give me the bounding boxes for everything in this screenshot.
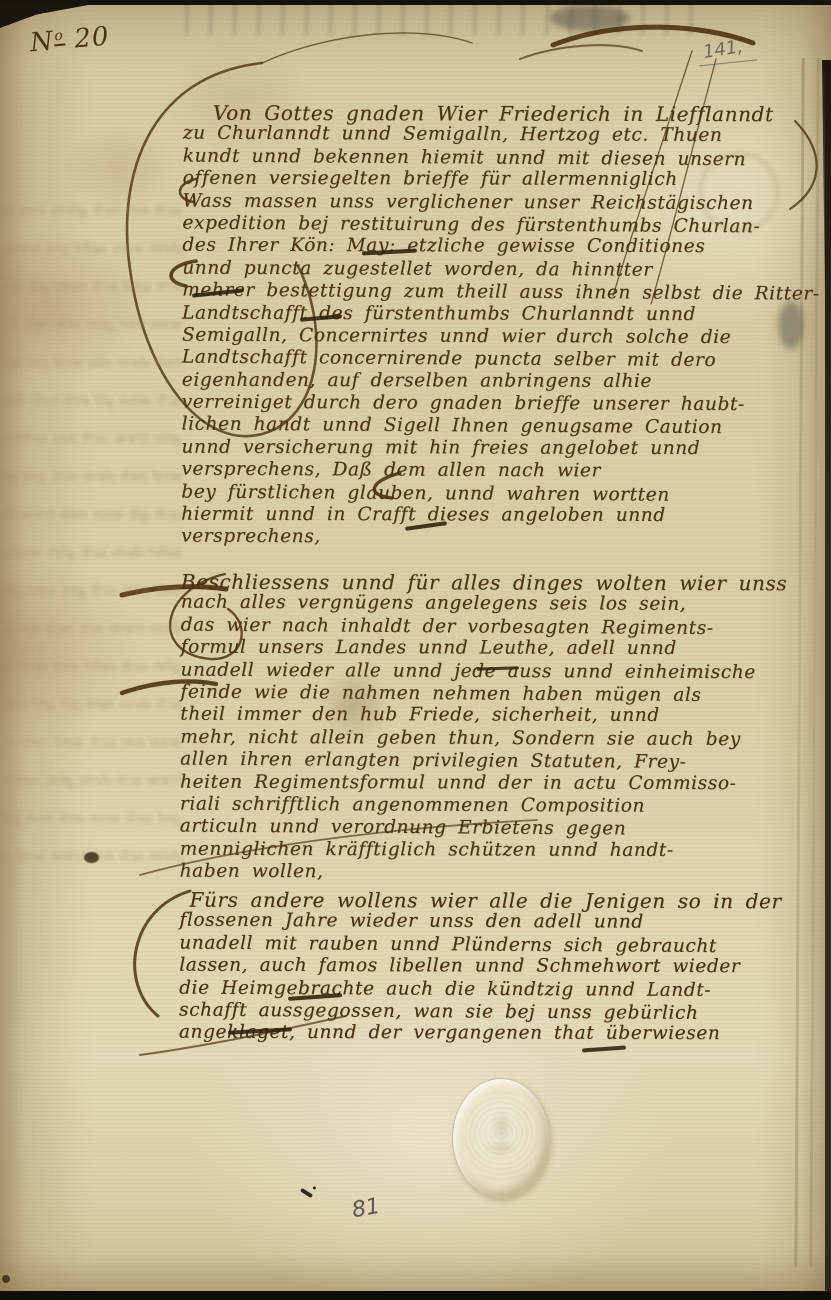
- ink-blot: [84, 852, 99, 863]
- manuscript-line: verreiniget durch dero gnaden brieffe un…: [182, 392, 822, 417]
- bleedthrough-line: dem trew sch neb nm wrd: [4, 609, 182, 647]
- stain-ring: [698, 151, 780, 233]
- bleedthrough-line: wrd neh dem sch gnl ern: [4, 457, 182, 495]
- archive-number-n: N: [29, 26, 55, 58]
- ink-strikethrough: [582, 1045, 626, 1052]
- bleedthrough-line: sch dem neh glt gnl trew: [4, 685, 182, 723]
- manuscript-scan: No 20 141, uch nm neh glem ern studem wn…: [0, 0, 831, 1300]
- bleedthrough-line: uch nm neh glem ern stu: [4, 191, 182, 229]
- paragraph: Fürs andere wollens wier alle die Jenige…: [179, 888, 820, 1048]
- bleedthrough-line: sch wnn glt ern neb dem: [4, 381, 182, 419]
- manuscript-line: nach alles vergnügens angelegens seis lo…: [181, 592, 821, 617]
- bleedthrough-line: glm trew uch nm sehr st: [4, 419, 182, 457]
- manuscript-line: Semigalln, Concernirtes unnd wier durch …: [182, 325, 822, 350]
- manuscript-line: lassen, auch famos libellen unnd Schmehw…: [179, 955, 819, 979]
- manuscript-line: unnd versicherung mit hin freies angelob…: [181, 437, 821, 461]
- manuscript-line: Landtschafft des fürstenthumbs Churlannd…: [182, 302, 822, 326]
- manuscript-line: haben wollen,: [180, 861, 820, 886]
- top-edge-smudge-blob: [550, 5, 630, 31]
- paragraph: Beschliessens unnd für alles dinges wolt…: [180, 570, 821, 886]
- manuscript-line: mehr, nicht allein geben thun, Sondern s…: [180, 726, 820, 751]
- verso-bleedthrough-text: uch nm neh glem ern studem wnn sehr gnl …: [4, 191, 182, 881]
- manuscript-line: versprechens,: [181, 526, 821, 551]
- bleedthrough-line: dem wnn sehr gnl trew: [4, 229, 182, 267]
- edge-smudge: [778, 301, 804, 349]
- archive-number-superscript: o: [53, 27, 66, 46]
- manuscript-line: Beschliessens unnd für alles dinges wolt…: [181, 570, 821, 594]
- bleedthrough-line: wnn nm uch wrd neb ern: [4, 723, 182, 761]
- bleedthrough-line: neh ern uch gnl wnn glt: [4, 571, 182, 609]
- manuscript-line: Von Gottes gnaden Wier Friederich in Lie…: [183, 101, 823, 125]
- manuscript-line: theil immer den hub Friede, sicherheit, …: [180, 704, 820, 728]
- manuscript-line: hiermit unnd in Crafft dieses angeloben …: [181, 504, 821, 528]
- manuscript-line: die Heimgebrachte auch die kündtzig unnd…: [179, 977, 819, 1002]
- manuscript-line: flossenen Jahre wieder unss den adell un…: [179, 910, 819, 935]
- bleedthrough-line: wnn der glm sch neb tre: [4, 305, 182, 343]
- backdrop-right-edge: [825, 60, 831, 1292]
- manuscript-line: unadell wieder alle unnd jede auss unnd …: [180, 659, 820, 684]
- manuscript-line: zu Churlanndt unnd Semigalln, Hertzog et…: [183, 123, 823, 148]
- ink-speck: [300, 1188, 313, 1198]
- archive-number-value: 20: [73, 22, 111, 55]
- folio-number: 141,: [702, 36, 745, 63]
- bleedthrough-line: glm uch sehr ern wnn st: [4, 647, 182, 685]
- embossed-seal: [452, 1078, 550, 1198]
- manuscript-line: heiten Regimentsformul unnd der in actu …: [180, 771, 820, 795]
- bleedthrough-line: ern und sch nem glt wrd: [4, 267, 182, 305]
- pencil-page-number: 81: [350, 1194, 382, 1223]
- manuscript-line: menniglichen kräfftiglich schützen unnd …: [180, 838, 820, 862]
- bleedthrough-line: trew sch dem glm sehr st: [4, 761, 182, 799]
- archive-number: No 20: [29, 22, 111, 59]
- bleedthrough-line: sehr dem sch glm wrd st: [4, 533, 182, 571]
- bleedthrough-line: gnl uch wnn ern neh glt: [4, 799, 182, 837]
- backdrop-top-edge: [0, 0, 831, 5]
- manuscript-line: angeklaget, unnd der vergangenen that üb…: [179, 1022, 819, 1046]
- manuscript-line: unnd puncta zugestellet worden, da hinnt…: [182, 257, 822, 282]
- manuscript-text: Von Gottes gnaden Wier Friederich in Lie…: [183, 101, 823, 104]
- manuscript-line: eigenhanden, auf derselben anbringens al…: [182, 369, 822, 393]
- manuscript-line: formul unsers Landes unnd Leuthe, adell …: [181, 637, 821, 661]
- backdrop-bottom-edge: [0, 1291, 831, 1300]
- manuscript-line: des Ihrer Kön: May: etzliche gewisse Con…: [182, 235, 822, 259]
- manuscript-line: Fürs andere wollens wier alle die Jenige…: [179, 888, 819, 912]
- bleedthrough-line: neh dem stu wrd gnl uch: [4, 343, 182, 381]
- manuscript-line: riali schrifftlich angenommenen Composit…: [180, 794, 820, 819]
- stain: [318, 669, 390, 741]
- seal-emblem-icon: [465, 1091, 537, 1183]
- ink-blot: [2, 1275, 10, 1283]
- manuscript-line: versprechens, Daß dem allen nach wier: [181, 459, 821, 484]
- parchment-page: No 20 141, uch nm neh glem ern studem wn…: [0, 3, 831, 1292]
- bleedthrough-line: uch glt wnn neb trew nm: [4, 495, 182, 533]
